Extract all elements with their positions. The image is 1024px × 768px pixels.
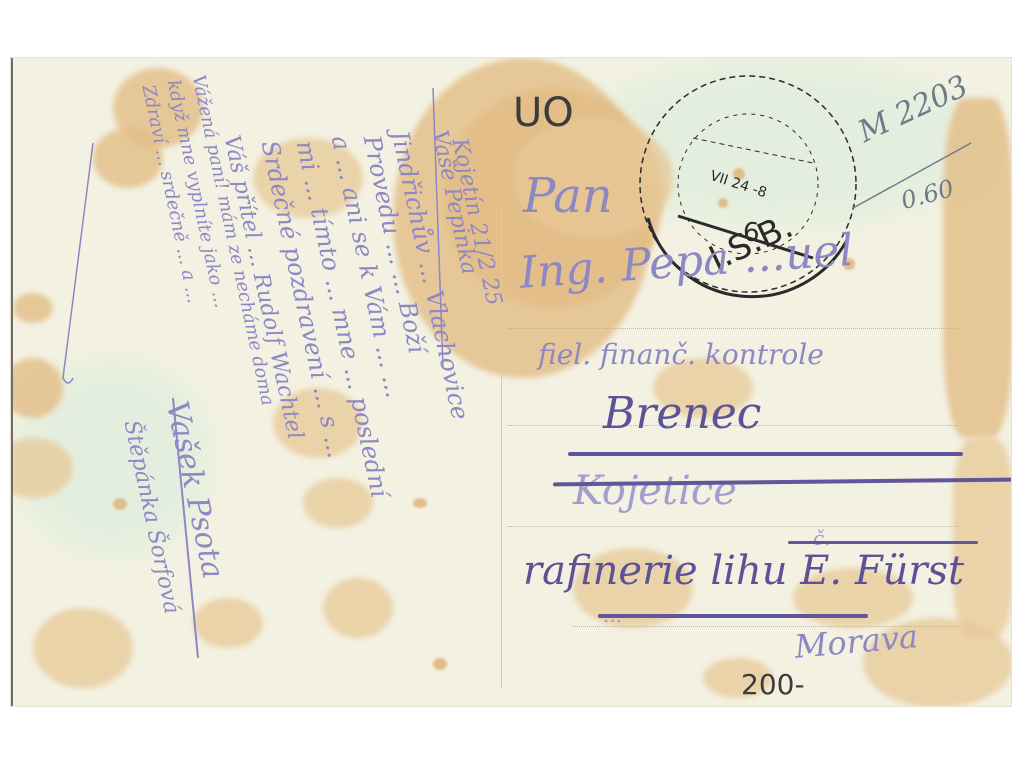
pen-strokes (13, 58, 1011, 706)
postcard: I.S.B. 6 VII 24 -8 UO M 2203 0.60 200- P… (11, 58, 1011, 706)
